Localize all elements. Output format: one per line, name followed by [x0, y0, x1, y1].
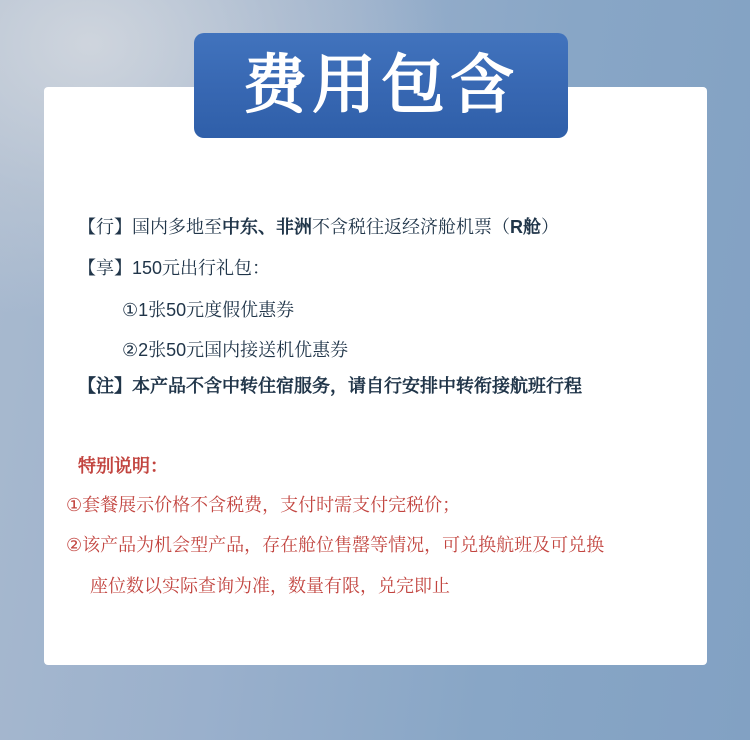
special-note-2-line-1: ②该产品为机会型产品，存在舱位售罄等情况，可兑换航班及可兑换	[66, 533, 604, 558]
travel-destinations: 中东、非洲	[222, 217, 312, 237]
section-title: 费用包含	[243, 53, 519, 117]
special-notes-title: 特别说明：	[78, 454, 168, 479]
special-note-1: ①套餐展示价格不含税费，支付时需支付完税价；	[66, 493, 460, 518]
travel-text-pre: 【行】国内多地至	[78, 217, 222, 237]
include-line-transfer-note: 【注】本产品不含中转住宿服务，请自行安排中转衔接航班行程	[78, 374, 582, 399]
include-line-travel: 【行】国内多地至中东、非洲不含税往返经济舱机票（R舱）	[78, 215, 559, 240]
page-background: 费用包含 【行】国内多地至中东、非洲不含税往返经济舱机票（R舱） 【享】150元…	[0, 0, 750, 740]
coupon-item-2: ②2张50元国内接送机优惠券	[122, 338, 348, 363]
travel-cabin-class: R舱	[510, 217, 541, 237]
section-header-banner: 费用包含	[194, 33, 568, 138]
travel-text-mid: 不含税往返经济舱机票（	[312, 217, 510, 237]
special-note-2-line-2: 座位数以实际查询为准，数量有限，兑完即止	[90, 574, 450, 599]
content-card: 【行】国内多地至中东、非洲不含税往返经济舱机票（R舱） 【享】150元出行礼包：…	[44, 87, 707, 665]
travel-text-close: ）	[541, 217, 559, 237]
include-line-enjoy: 【享】150元出行礼包：	[78, 256, 270, 281]
coupon-item-1: ①1张50元度假优惠券	[122, 298, 294, 323]
